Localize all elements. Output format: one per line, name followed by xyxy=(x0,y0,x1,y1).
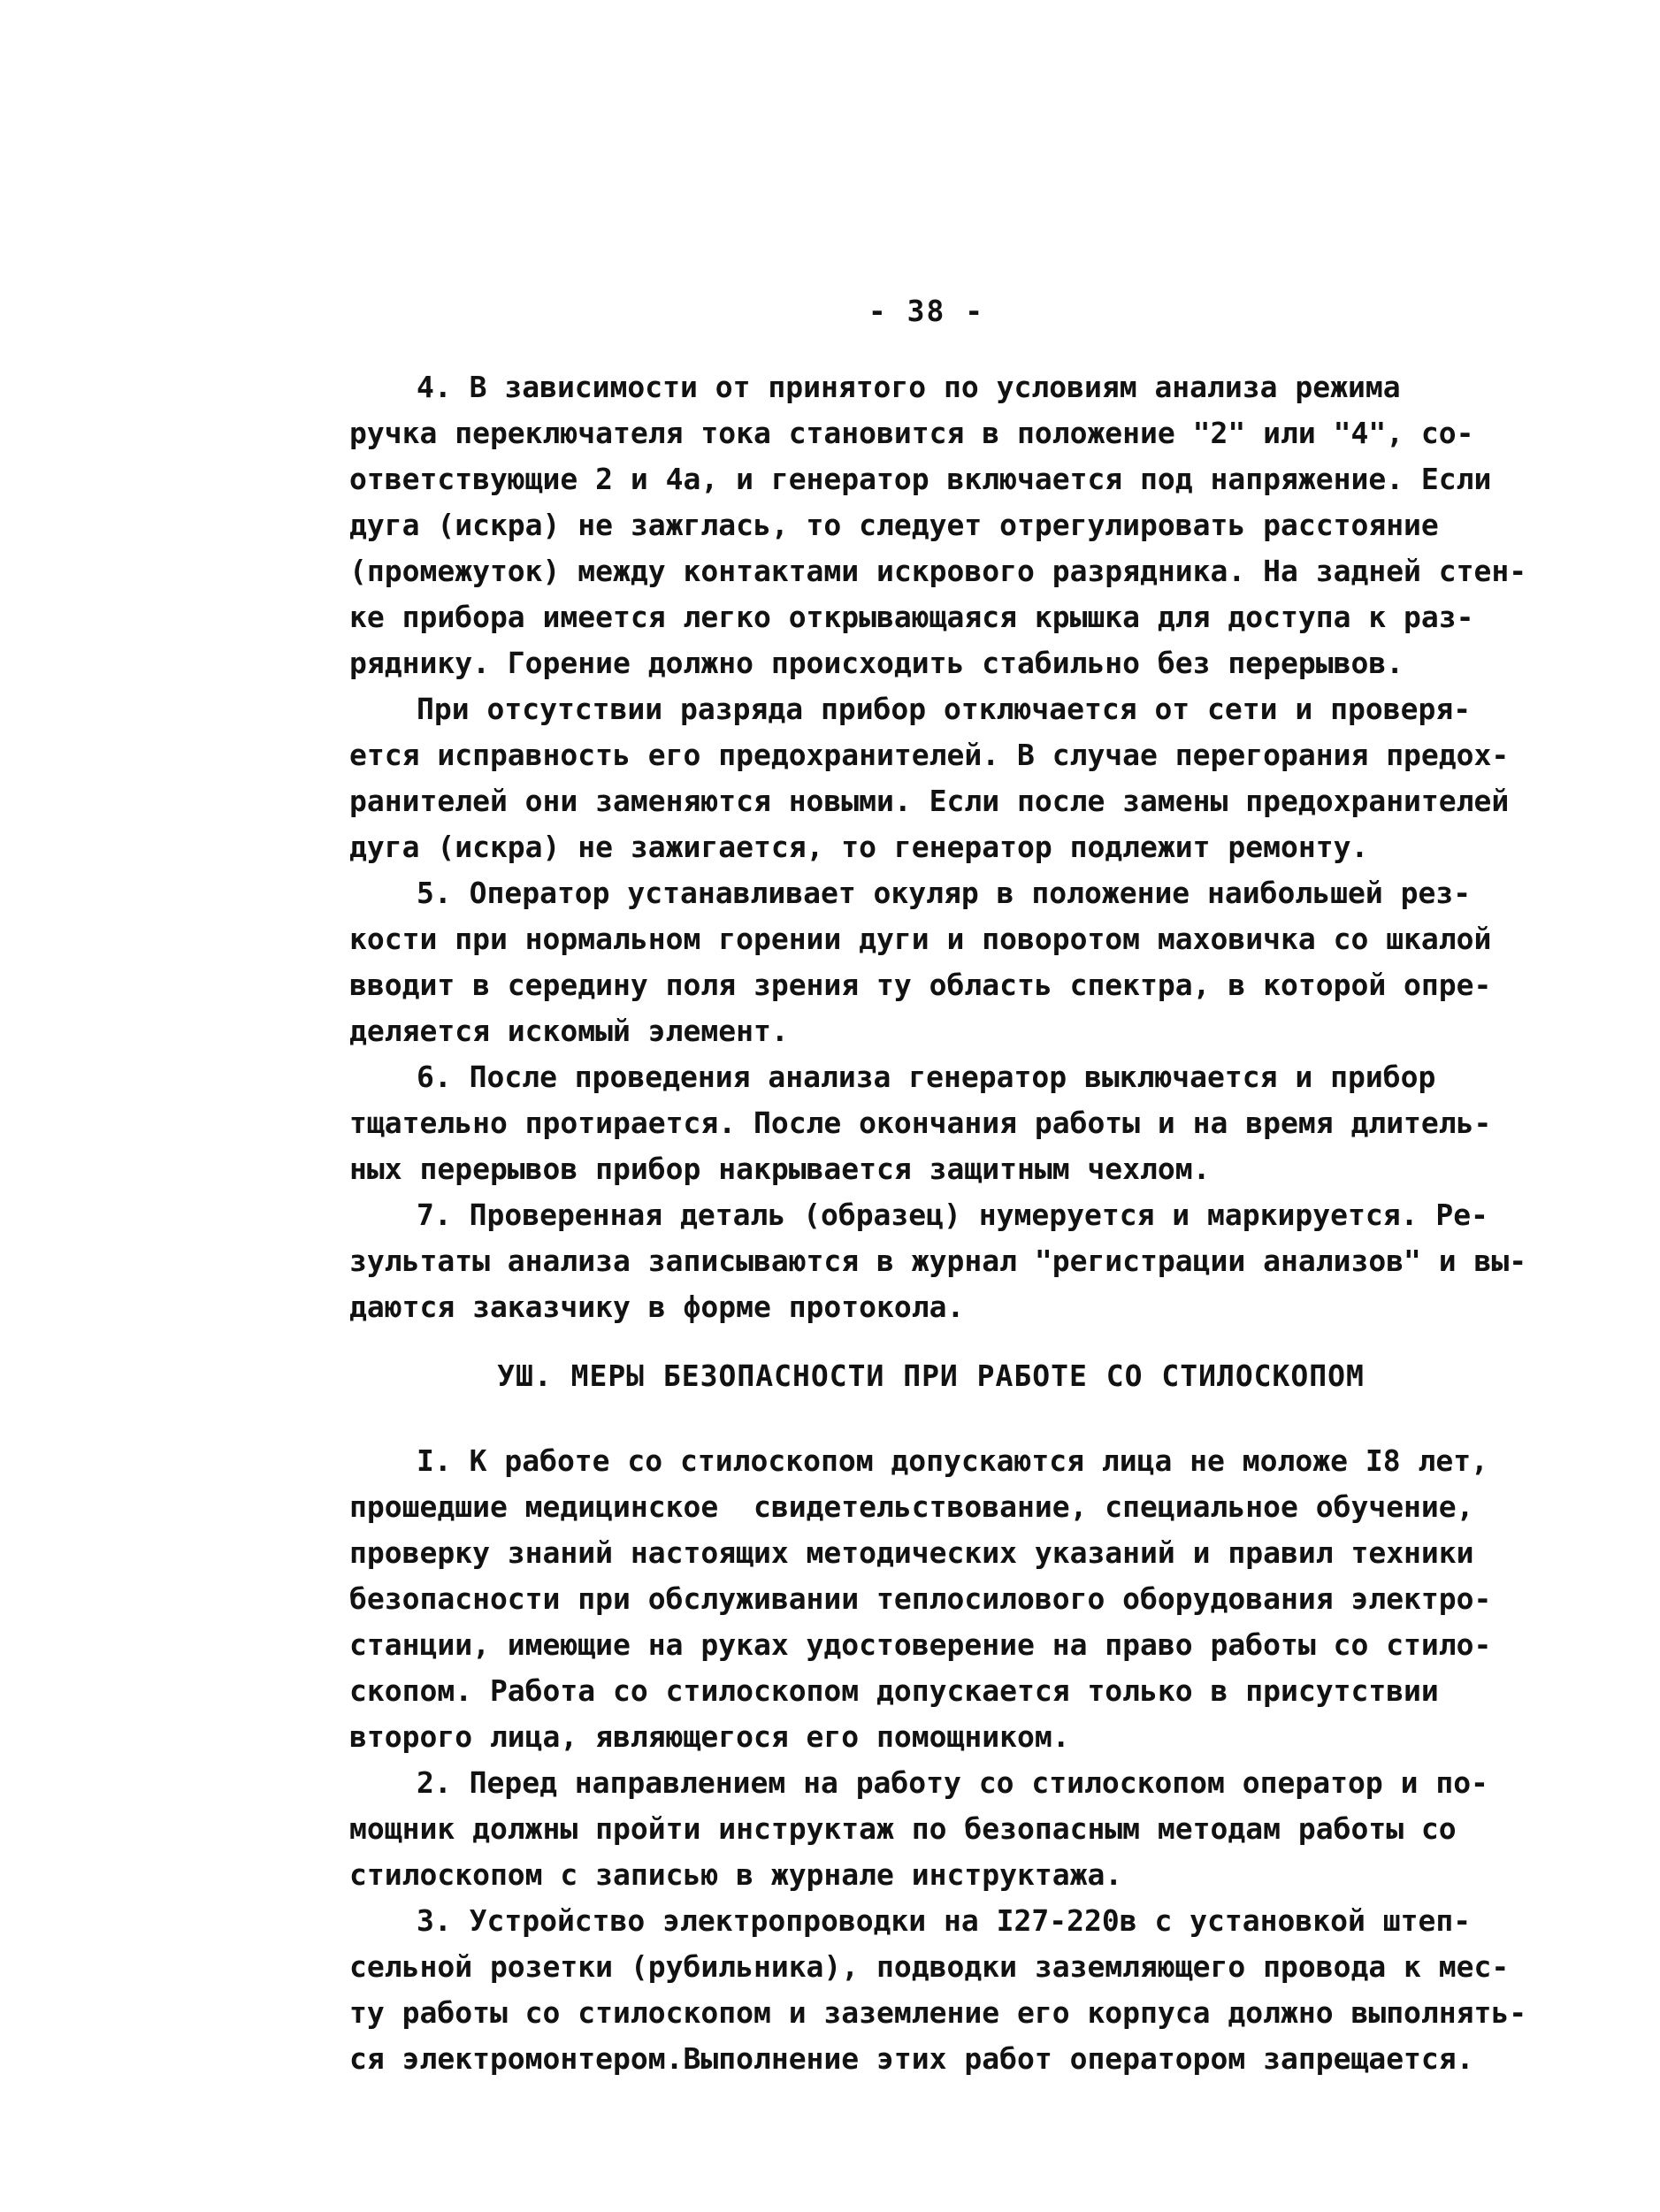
text-line: второго лица, являющегося его помощником… xyxy=(349,1714,1512,1760)
text-line: станции, имеющие на руках удостоверение … xyxy=(349,1622,1512,1668)
text-line: ется исправность его предохранителей. В … xyxy=(349,732,1512,778)
text-line: зультаты анализа записываются в журнал "… xyxy=(349,1238,1512,1284)
text-line: При отсутствии разряда прибор отключаетс… xyxy=(349,686,1512,732)
text-line: скопом. Работа со стилоскопом допускаетс… xyxy=(349,1668,1512,1714)
text-line: дуга (искра) не зажглась, то следует отр… xyxy=(349,502,1512,548)
text-line: безопасности при обслуживании теплосилов… xyxy=(349,1576,1512,1622)
text-line: 6. После проведения анализа генератор вы… xyxy=(349,1054,1512,1100)
text-line: тщательно протирается. После окончания р… xyxy=(349,1100,1512,1146)
text-line: стилоскопом с записью в журнале инструкт… xyxy=(349,1852,1512,1898)
text-line: вводит в середину поля зрения ту область… xyxy=(349,962,1512,1008)
text-line: ту работы со стилоскопом и заземление ег… xyxy=(349,1990,1512,2036)
text-line: I. К работе со стилоскопом допускаются л… xyxy=(349,1438,1512,1484)
text-line: 2. Перед направлением на работу со стило… xyxy=(349,1760,1512,1806)
section-heading: УШ. МЕРЫ БЕЗОПАСНОСТИ ПРИ РАБОТЕ СО СТИЛ… xyxy=(349,1353,1512,1399)
text-line: ручка переключателя тока становится в по… xyxy=(349,410,1512,456)
text-line: 3. Устройство электропроводки на I27-220… xyxy=(349,1898,1512,1944)
text-line: кости при нормальном горении дуги и пово… xyxy=(349,916,1512,962)
text-line: 7. Проверенная деталь (образец) нумерует… xyxy=(349,1192,1512,1238)
text-line: прошедшие медицинское свидетельствование… xyxy=(349,1484,1512,1530)
text-line: проверку знаний настоящих методических у… xyxy=(349,1530,1512,1576)
text-line: ных перерывов прибор накрывается защитны… xyxy=(349,1146,1512,1192)
text-line: дуга (искра) не зажигается, то генератор… xyxy=(349,824,1512,870)
text-line: деляется искомый элемент. xyxy=(349,1008,1512,1054)
page-number: - 38 - xyxy=(349,294,1503,328)
text-line: сельной розетки (рубильника), подводки з… xyxy=(349,1944,1512,1990)
text-line: мощник должны пройти инструктаж по безоп… xyxy=(349,1806,1512,1852)
text-line: ранителей они заменяются новыми. Если по… xyxy=(349,778,1512,824)
text-line: ке прибора имеется легко открывающаяся к… xyxy=(349,594,1512,640)
text-line: (промежуток) между контактами искрового … xyxy=(349,548,1512,594)
text-line: ответствующие 2 и 4а, и генератор включа… xyxy=(349,456,1512,502)
text-line: ся электромонтером.Выполнение этих работ… xyxy=(349,2036,1512,2082)
text-line: 4. В зависимости от принятого по условия… xyxy=(349,364,1512,410)
text-line: 5. Оператор устанавливает окуляр в полож… xyxy=(349,870,1512,916)
text-line: ряднику. Горение должно происходить стаб… xyxy=(349,640,1512,686)
text-line: даются заказчику в форме протокола. xyxy=(349,1284,1512,1330)
document-page: - 38 - 4. В зависимости от принятого по … xyxy=(0,0,1660,2212)
text-block: 4. В зависимости от принятого по условия… xyxy=(349,364,1512,2082)
